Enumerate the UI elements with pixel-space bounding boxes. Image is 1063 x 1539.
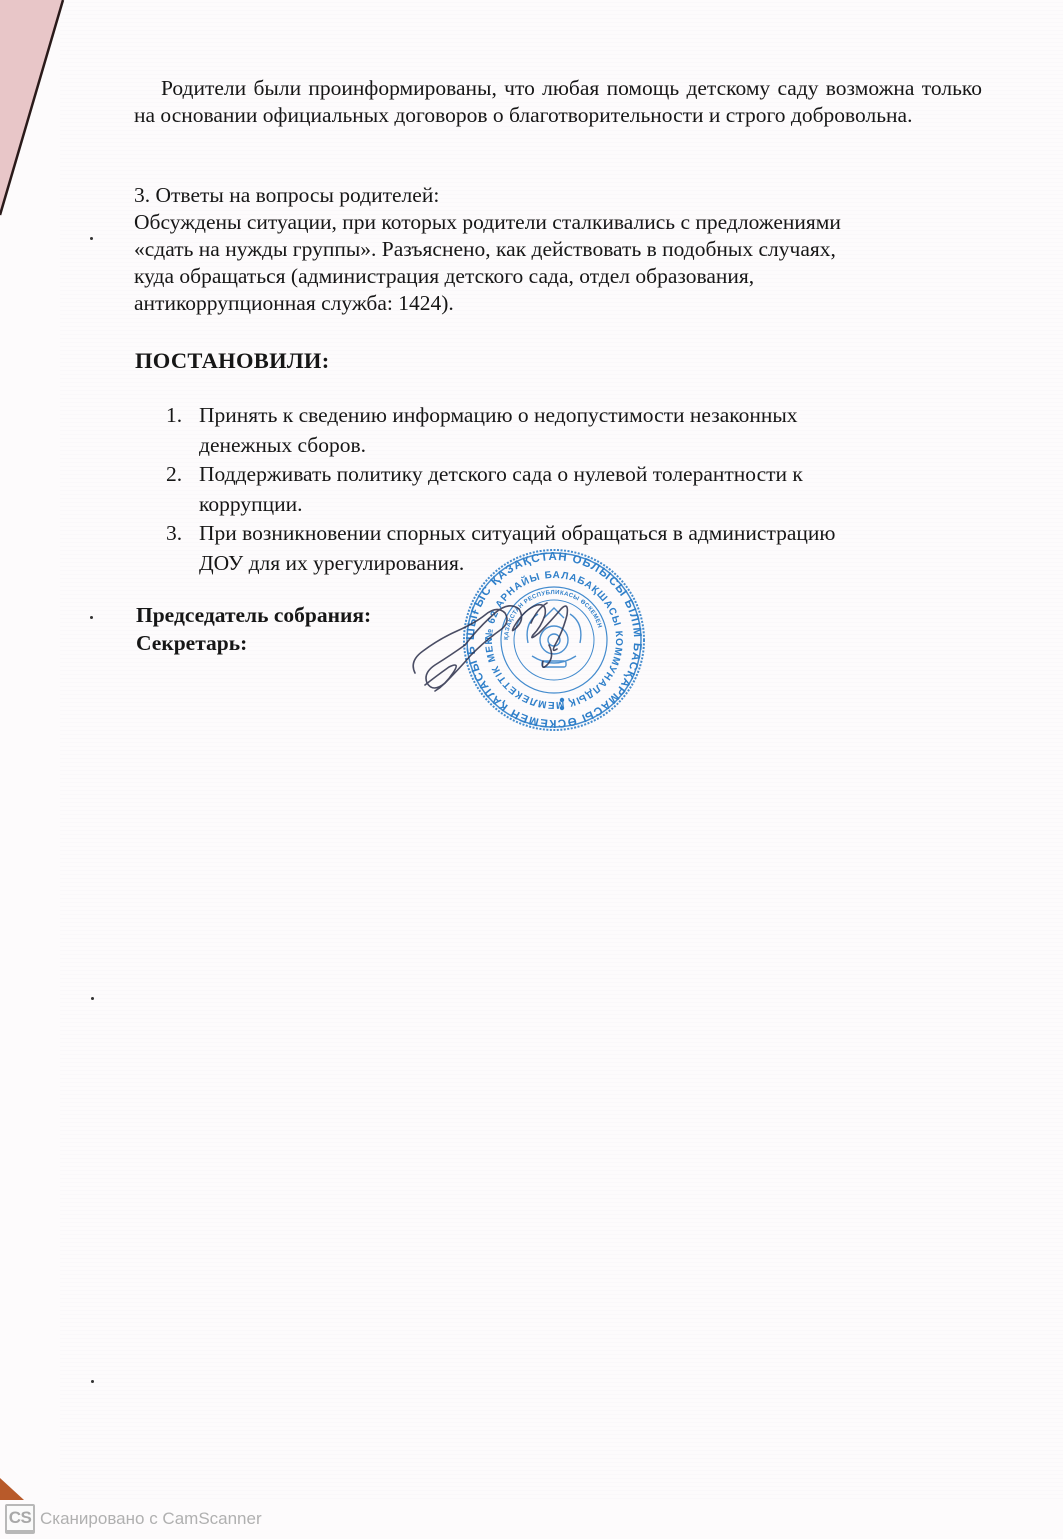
resolution-heading: ПОСТАНОВИЛИ:	[135, 348, 330, 374]
resolution-number: 2.	[166, 460, 182, 490]
camscanner-watermark: CS Сканировано с CamScanner	[5, 1503, 262, 1535]
resolution-line: Поддерживать политику детского сада о ну…	[199, 460, 975, 490]
resolution-number: 3.	[166, 519, 182, 549]
handwritten-signature-icon	[405, 565, 605, 705]
section-3-line: «сдать на нужды группы». Разъяснено, как…	[134, 236, 982, 263]
camscanner-logo-icon: CS	[5, 1504, 35, 1534]
punch-hole-mark	[91, 1380, 94, 1383]
punch-hole-mark	[90, 237, 93, 240]
section-3: 3. Ответы на вопросы родителей: Обсужден…	[134, 182, 982, 317]
resolution-item: 1. Принять к сведению информацию о недоп…	[135, 401, 975, 460]
resolution-line: При возникновении спорных ситуаций обращ…	[199, 519, 975, 549]
section-3-line: антикоррупционная служба: 1424).	[134, 290, 982, 317]
secretary-label: Секретарь:	[136, 629, 371, 657]
chair-label: Председатель собрания:	[136, 601, 371, 629]
bottom-corner-shadow	[0, 1478, 24, 1500]
punch-hole-mark	[91, 997, 94, 1000]
punch-hole-mark	[90, 616, 93, 619]
resolution-number: 1.	[166, 401, 182, 431]
section-3-line: куда обращаться (администрация детского …	[134, 263, 982, 290]
resolution-line: денежных сборов.	[199, 431, 975, 461]
signature-block: Председатель собрания: Секретарь:	[136, 601, 371, 657]
desk-background-corner	[0, 0, 62, 215]
section-3-line: Обсуждены ситуации, при которых родители…	[134, 209, 982, 236]
resolution-line: коррупции.	[199, 490, 975, 520]
resolution-line: Принять к сведению информацию о недопуст…	[199, 401, 975, 431]
intro-paragraph: Родители были проинформированы, что люба…	[134, 75, 982, 129]
resolution-item: 2. Поддерживать политику детского сада о…	[135, 460, 975, 519]
section-3-title: 3. Ответы на вопросы родителей:	[134, 182, 982, 209]
watermark-text: Сканировано с CamScanner	[40, 1509, 262, 1529]
